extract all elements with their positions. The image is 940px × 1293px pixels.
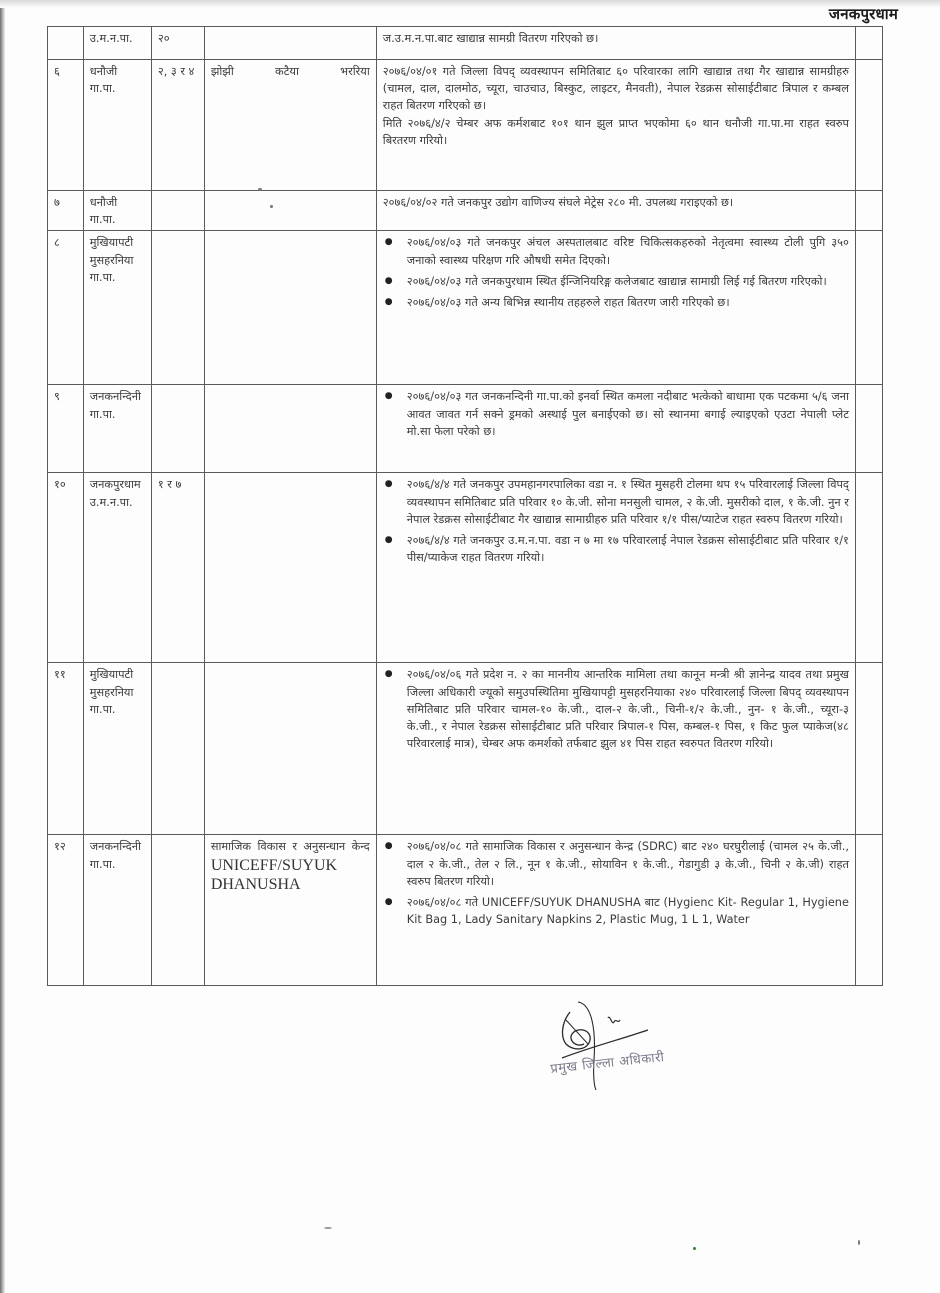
page-header-city: जनकपुरधाम: [829, 4, 898, 24]
organization-name: झोझी कटैया भररिया: [211, 63, 370, 80]
organization-cell: [204, 473, 376, 663]
description-paragraph: २०७६/०४/०१ गते जिल्ला विपद् व्यवस्थापन स…: [383, 63, 849, 115]
organization-cell: झोझी कटैया भररिया: [204, 60, 376, 191]
location-cell: जनकनन्दिनी गा.पा.: [83, 385, 151, 473]
serial-number-cell: १२: [48, 835, 84, 986]
serial-number-cell: ११: [48, 663, 84, 835]
description-paragraph: २०७६/०४/०२ गते जनकपुर उद्योग वाणिज्य संघ…: [383, 194, 849, 211]
remarks-cell: [855, 191, 882, 231]
serial-number-cell: ६: [48, 60, 84, 191]
description-bullet-list: २०७६/०४/०६ गते प्रदेश न. २ का माननीय आन्…: [383, 666, 849, 752]
description-bullet-item: २०७६/४/४ गते जनकपुर उपमहानगरपालिका वडा न…: [407, 476, 849, 528]
location-cell: जनकपुरधाम उ.म.न.पा.: [83, 473, 151, 663]
description-cell: २०७६/०४/०६ गते प्रदेश न. २ का माननीय आन्…: [376, 663, 855, 835]
organization-cell: [204, 385, 376, 473]
ward-cell: [151, 231, 204, 385]
table-row: ८मुखियापटी मुसहरनिया गा.पा.२०७६/०४/०३ गत…: [48, 231, 883, 385]
description-bullet-item: २०७६/४/४ गते जनकपुर उ.म.न.पा. वडा न ७ मा…: [407, 532, 849, 566]
description-cell: ज.उ.म.न.पा.बाट खाद्यान्न सामग्री वितरण ग…: [376, 27, 855, 60]
description-bullet-list: २०७६/४/४ गते जनकपुर उपमहानगरपालिका वडा न…: [383, 476, 849, 566]
serial-number-cell: ८: [48, 231, 84, 385]
scan-speck: [270, 205, 273, 208]
description-bullet-item: २०७६/०४/०८ गते सामाजिक विकास र अनुसन्धान…: [407, 838, 849, 890]
table-row: उ.म.न.पा.२०ज.उ.म.न.पा.बाट खाद्यान्न सामग…: [48, 27, 883, 60]
ward-cell: [151, 385, 204, 473]
description-paragraph: ज.उ.म.न.पा.बाट खाद्यान्न सामग्री वितरण ग…: [383, 30, 849, 47]
organization-cell: सामाजिक विकास र अनुसन्धान केन्दUNICEFF/S…: [204, 835, 376, 986]
description-bullet-item: २०७६/०४/०३ गते अन्य बिभिन्न स्थानीय तहहर…: [407, 294, 849, 311]
ward-cell: २, ३ र ४: [151, 60, 204, 191]
location-cell: धनौजी गा.पा.: [83, 191, 151, 231]
ward-cell: [151, 663, 204, 835]
organization-cell: [204, 27, 376, 60]
scan-left-edge: [0, 0, 5, 1293]
location-cell: मुखियापटी मुसहरनिया गा.पा.: [83, 231, 151, 385]
description-bullet-list: २०७६/०४/०८ गते सामाजिक विकास र अनुसन्धान…: [383, 838, 849, 928]
description-bullet-item: २०७६/०४/०६ गते प्रदेश न. २ का माननीय आन्…: [407, 666, 849, 752]
table-body: उ.म.न.पा.२०ज.उ.म.न.पा.बाट खाद्यान्न सामग…: [48, 27, 883, 986]
serial-number-cell: [48, 27, 84, 60]
description-bullet-item: २०७६/०४/०३ गते जनकपुरधाम स्थित ईन्जिनियर…: [407, 273, 849, 290]
location-cell: मुखियापटी मुसहरनिया गा.पा.: [83, 663, 151, 835]
table-row: ६धनौजी गा.पा.२, ३ र ४झोझी कटैया भररिया२०…: [48, 60, 883, 191]
table-row: ७धनौजी गा.पा.२०७६/०४/०२ गते जनकपुर उद्यो…: [48, 191, 883, 231]
table-row: १२जनकनन्दिनी गा.पा.सामाजिक विकास र अनुसन…: [48, 835, 883, 986]
organization-cell: [204, 191, 376, 231]
table-row: ९जनकनन्दिनी गा.पा.२०७६/०४/०३ गत जनकनन्दि…: [48, 385, 883, 473]
description-bullet-list: २०७६/०४/०३ गत जनकनन्दिनी गा.पा.को इनर्वा…: [383, 388, 849, 440]
location-cell: जनकनन्दिनी गा.पा.: [83, 835, 151, 986]
remarks-cell: [855, 231, 882, 385]
remarks-cell: [855, 60, 882, 191]
serial-number-cell: १०: [48, 473, 84, 663]
ward-cell: १ र ७: [151, 473, 204, 663]
description-cell: २०७६/०४/०८ गते सामाजिक विकास र अनुसन्धान…: [376, 835, 855, 986]
organization-cell: [204, 663, 376, 835]
signature-mark: [548, 1000, 698, 1090]
description-bullet-item: २०७६/०४/०८ गते UNICEFF/SUYUK DHANUSHA बा…: [407, 894, 849, 928]
location-cell: धनौजी गा.पा.: [83, 60, 151, 191]
location-cell: उ.म.न.पा.: [83, 27, 151, 60]
relief-distribution-table: उ.म.न.पा.२०ज.उ.म.न.पा.बाट खाद्यान्न सामग…: [47, 26, 883, 986]
ward-cell: [151, 191, 204, 231]
serial-number-cell: ७: [48, 191, 84, 231]
description-bullet-list: २०७६/०४/०३ गते जनकपुर अंचल अस्पतालबाट वर…: [383, 234, 849, 311]
organization-name: सामाजिक विकास र अनुसन्धान केन्द: [211, 838, 370, 855]
description-cell: २०७६/४/४ गते जनकपुर उपमहानगरपालिका वडा न…: [376, 473, 855, 663]
description-cell: २०७६/०४/०३ गते जनकपुर अंचल अस्पतालबाट वर…: [376, 231, 855, 385]
scan-speck: [693, 1247, 696, 1250]
scan-speck: [324, 1227, 332, 1229]
description-cell: २०७६/०४/०३ गत जनकनन्दिनी गा.पा.को इनर्वा…: [376, 385, 855, 473]
description-bullet-item: २०७६/०४/०३ गते जनकपुर अंचल अस्पतालबाट वर…: [407, 234, 849, 268]
table-row: ११मुखियापटी मुसहरनिया गा.पा.२०७६/०४/०६ ग…: [48, 663, 883, 835]
description-cell: २०७६/०४/०२ गते जनकपुर उद्योग वाणिज्य संघ…: [376, 191, 855, 231]
description-paragraph: मिति २०७६/४/२ चेम्बर अफ कर्मशबाट १०१ थान…: [383, 115, 849, 149]
organization-name-english: UNICEFF/SUYUK DHANUSHA: [211, 856, 370, 894]
scan-top-shadow: [0, 0, 940, 8]
organization-cell: [204, 231, 376, 385]
remarks-cell: [855, 663, 882, 835]
ward-cell: [151, 835, 204, 986]
scan-speck: [258, 188, 262, 191]
remarks-cell: [855, 27, 882, 60]
remarks-cell: [855, 473, 882, 663]
remarks-cell: [855, 385, 882, 473]
description-cell: २०७६/०४/०१ गते जिल्ला विपद् व्यवस्थापन स…: [376, 60, 855, 191]
remarks-cell: [855, 835, 882, 986]
scan-speck: [858, 1240, 860, 1245]
ward-cell: २०: [151, 27, 204, 60]
table-row: १०जनकपुरधाम उ.म.न.पा.१ र ७२०७६/४/४ गते ज…: [48, 473, 883, 663]
description-bullet-item: २०७६/०४/०३ गत जनकनन्दिनी गा.पा.को इनर्वा…: [407, 388, 849, 440]
serial-number-cell: ९: [48, 385, 84, 473]
